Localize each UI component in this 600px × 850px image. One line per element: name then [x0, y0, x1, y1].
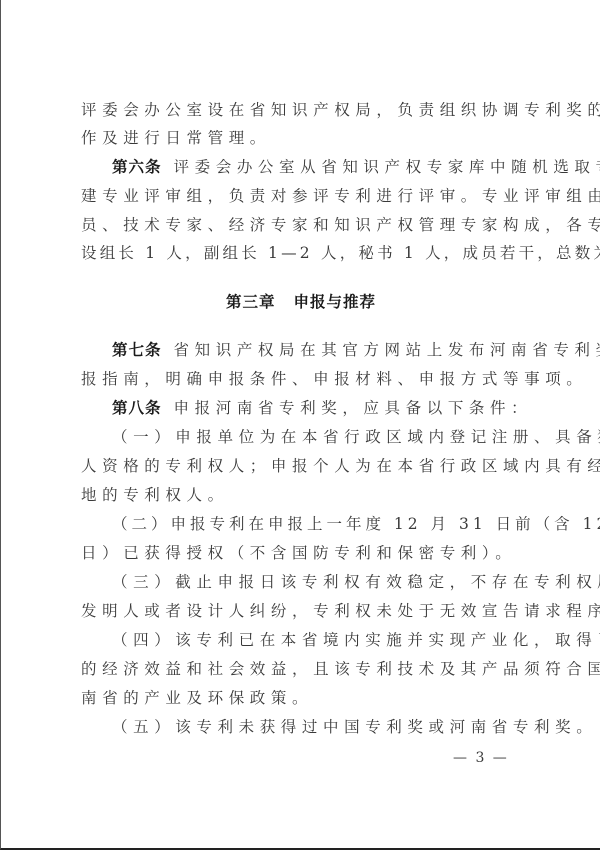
- page-number: — 3 —: [453, 748, 509, 768]
- condition-3-line: 发明人或者设计人纠纷，专利权未处于无效宣告请求程序中。: [81, 600, 526, 622]
- text-span: （一）申报单位为在本省行政区域内登记注册、具备独立法: [112, 428, 600, 446]
- text-span: 申报河南省专利奖，应具备以下条件：: [174, 399, 533, 417]
- text-span: （三）截止申报日该专利权有效稳定，不存在专利权属纠纷、: [112, 573, 600, 591]
- chapter-heading: 申报与推荐: [294, 293, 377, 311]
- text-span: 评委会办公室从省知识产权专家库中随机选取专家组: [174, 158, 600, 176]
- text-span: 建专业评审组，负责对参评专利进行评审。专业评审组由专利审查: [81, 187, 600, 205]
- condition-1-line: 地的专利权人。: [81, 484, 526, 506]
- article-7-line: 报指南，明确申报条件、申报材料、申报方式等事项。: [81, 368, 526, 390]
- text-span: （四）该专利已在本省境内实施并实现产业化，取得了显著: [112, 631, 600, 649]
- condition-3-line: （三）截止申报日该专利权有效稳定，不存在专利权属纠纷、: [112, 571, 557, 593]
- text-span: 发明人或者设计人纠纷，专利权未处于无效宣告请求程序中。: [81, 602, 600, 620]
- article-6-label: 第六条: [112, 158, 162, 176]
- paragraph-line: 作及进行日常管理。: [81, 127, 526, 149]
- article-7-line: 第七条省知识产权局在其官方网站上发布河南省专利奖申: [112, 339, 557, 361]
- condition-1-line: （一）申报单位为在本省行政区域内登记注册、具备独立法: [112, 426, 557, 448]
- text-span: 地的专利权人。: [81, 486, 229, 504]
- text-span: 日）已获得授权（不含国防专利和保密专利）。: [81, 544, 516, 562]
- text-span: （五）该专利未获得过中国专利奖或河南省专利奖。: [112, 718, 597, 736]
- article-8-label: 第八条: [112, 399, 162, 417]
- article-6-line: 第六条评委会办公室从省知识产权专家库中随机选取专家组: [112, 156, 557, 178]
- text-span: 报指南，明确申报条件、申报材料、申报方式等事项。: [81, 370, 587, 388]
- text-span: 设组长 1 人，副组长 1—2 人，秘书 1 人，成员若干，总数为单数。: [81, 244, 600, 262]
- condition-4-line: （四）该专利已在本省境内实施并实现产业化，取得了显著: [112, 629, 557, 651]
- document-page: 评委会办公室设在省知识产权局，负责组织协调专利奖的评审工 作及进行日常管理。 第…: [0, 0, 600, 850]
- condition-5-line: （五）该专利未获得过中国专利奖或河南省专利奖。: [112, 716, 557, 738]
- chapter-title: 第三章申报与推荐: [1, 291, 600, 313]
- article-8-line: 第八条申报河南省专利奖，应具备以下条件：: [112, 397, 557, 419]
- text-span: 人资格的专利权人；申报个人为在本省行政区域内具有经常居住: [81, 457, 600, 475]
- chapter-number: 第三章: [226, 293, 276, 311]
- condition-2-line: （二）申报专利在申报上一年度 12 月 31 日前（含 12 月 31: [112, 513, 557, 535]
- condition-1-line: 人资格的专利权人；申报个人为在本省行政区域内具有经常居住: [81, 455, 526, 477]
- text-span: 的经济效益和社会效益，且该专利技术及其产品须符合国家和河: [81, 660, 600, 678]
- text-span: 省知识产权局在其官方网站上发布河南省专利奖申: [174, 341, 600, 359]
- article-6-line: 设组长 1 人，副组长 1—2 人，秘书 1 人，成员若干，总数为单数。: [81, 242, 526, 264]
- text-span: 员、技术专家、经济专家和知识产权管理专家构成，各专业评审组: [81, 216, 600, 234]
- text-span: 作及进行日常管理。: [81, 129, 271, 147]
- article-6-line: 建专业评审组，负责对参评专利进行评审。专业评审组由专利审查: [81, 185, 526, 207]
- condition-4-line: 的经济效益和社会效益，且该专利技术及其产品须符合国家和河: [81, 658, 526, 680]
- text-span: 南省的产业及环保政策。: [81, 689, 313, 707]
- article-6-line: 员、技术专家、经济专家和知识产权管理专家构成，各专业评审组: [81, 214, 526, 236]
- paragraph-line: 评委会办公室设在省知识产权局，负责组织协调专利奖的评审工: [81, 99, 526, 121]
- condition-2-line: 日）已获得授权（不含国防专利和保密专利）。: [81, 542, 526, 564]
- article-7-label: 第七条: [112, 341, 162, 359]
- text-span: 评委会办公室设在省知识产权局，负责组织协调专利奖的评审工: [81, 101, 600, 119]
- text-span: （二）申报专利在申报上一年度 12 月 31 日前（含 12 月 31: [112, 515, 600, 533]
- condition-4-line: 南省的产业及环保政策。: [81, 687, 526, 709]
